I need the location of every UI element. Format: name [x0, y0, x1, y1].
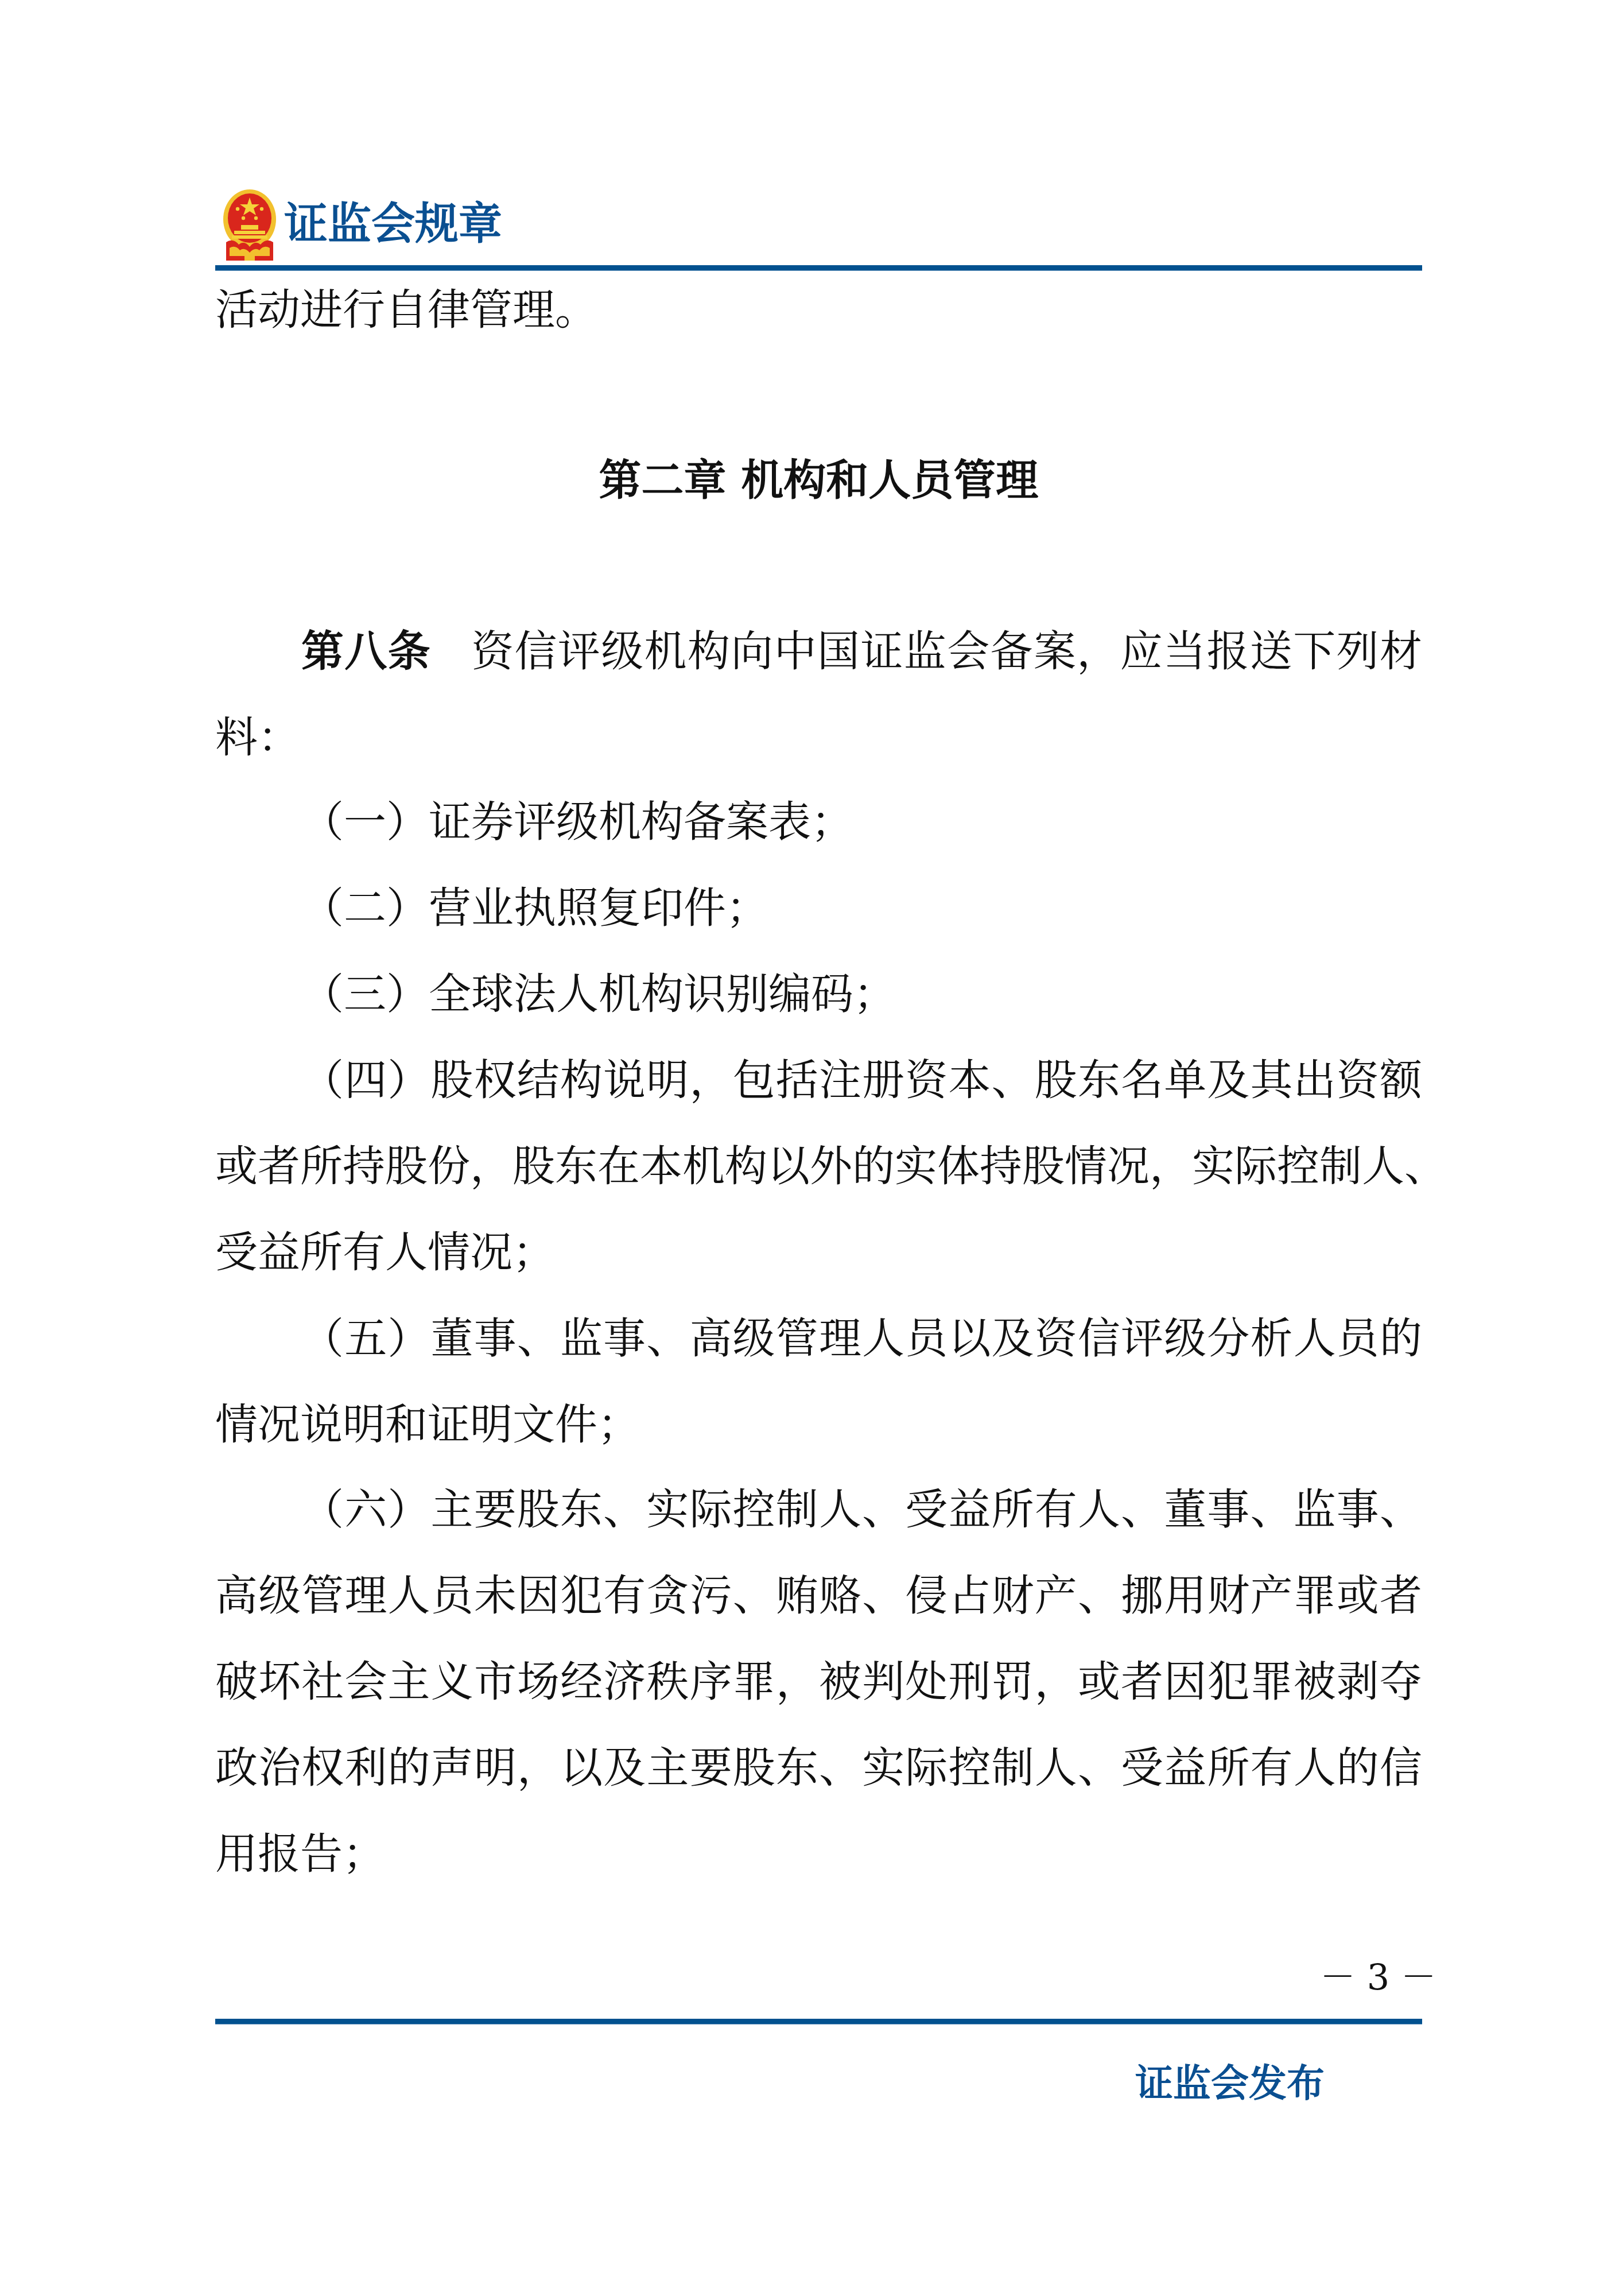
list-item-6-line-1: （六）主要股东、实际控制人、受益所有人、董事、监事、	[301, 1467, 1422, 1553]
list-item-6-line-3: 破坏社会主义市场经济秩序罪，被判处刑罚，或者因犯罪被剥夺	[215, 1639, 1422, 1725]
continuation-line: 活动进行自律管理。	[215, 267, 1422, 353]
header-title: 证监会规章	[284, 195, 502, 253]
list-item-6-line-5: 用报告；	[215, 1811, 1422, 1897]
list-item-6-line-2: 高级管理人员未因犯有贪污、贿赂、侵占财产、挪用财产罪或者	[215, 1553, 1422, 1639]
document-page: 证监会规章 活动进行自律管理。 第二章 机构和人员管理 第八条资信评级机构向中国…	[0, 0, 1623, 2296]
list-item-1: （一）证券评级机构备案表；	[301, 779, 1422, 865]
footer-publisher: 证监会发布	[1135, 2058, 1325, 2109]
article-label: 第八条	[301, 627, 431, 676]
footer-divider	[215, 2019, 1422, 2024]
list-item-4-line-2: 或者所持股份，股东在本机构以外的实体持股情况，实际控制人、	[215, 1123, 1422, 1209]
page-header: 证监会规章	[215, 178, 1422, 270]
page-number: － 3 －	[1320, 1952, 1423, 2003]
list-item-6-line-4: 政治权利的声明，以及主要股东、实际控制人、受益所有人的信	[215, 1725, 1422, 1811]
article-8-line-1: 第八条资信评级机构向中国证监会备案，应当报送下列材	[301, 608, 1422, 695]
list-item-5-line-2: 情况说明和证明文件；	[215, 1382, 1422, 1468]
list-item-3: （三）全球法人机构识别编码；	[301, 951, 1422, 1037]
list-item-5-line-1: （五）董事、监事、高级管理人员以及资信评级分析人员的	[301, 1296, 1422, 1382]
article-8-line-2: 料：	[215, 695, 1422, 781]
list-item-4-line-3: 受益所有人情况；	[215, 1209, 1422, 1296]
list-item-4-line-1: （四）股权结构说明，包括注册资本、股东名单及其出资额	[301, 1037, 1422, 1123]
chapter-title: 第二章 机构和人员管理	[215, 437, 1422, 523]
article-text: 资信评级机构向中国证监会备案，应当报送下列材	[471, 627, 1422, 676]
national-emblem-icon	[222, 187, 278, 264]
list-item-2: （二）营业执照复印件；	[301, 865, 1422, 951]
